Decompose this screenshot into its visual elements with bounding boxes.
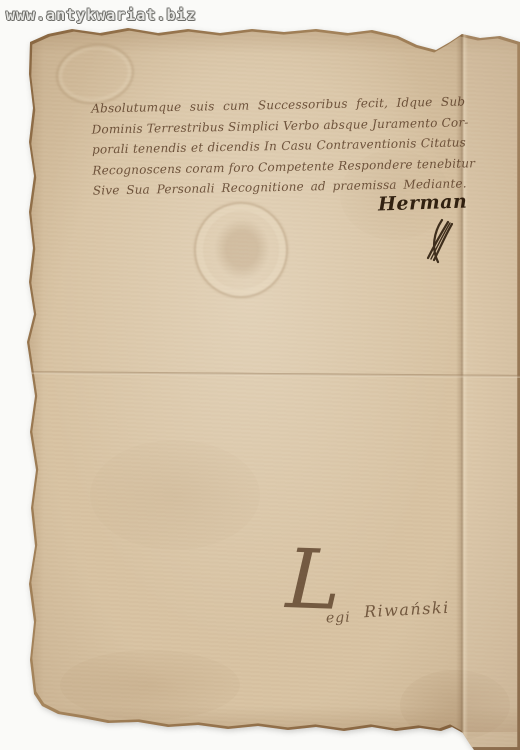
- manuscript-content-layer: Absolutumque suis cum Successoribus feci…: [0, 0, 520, 750]
- aged-bottom-edge: [34, 706, 520, 732]
- embossed-eagle-seal: [194, 202, 288, 298]
- handwritten-text-block: Absolutumque suis cum Successoribus feci…: [91, 91, 467, 201]
- paper-stain: [90, 440, 260, 550]
- paper-wrap: Absolutumque suis cum Successoribus feci…: [0, 0, 520, 750]
- horizontal-fold-crease: [28, 371, 520, 378]
- legi-reader-name: Riwański: [364, 598, 451, 621]
- website-watermark: www.antykwariat.biz: [6, 6, 197, 24]
- scanned-document-photo: www.antykwariat.biz Absolutumque suis cu…: [0, 0, 520, 750]
- folded-leaf-shade: [464, 30, 520, 750]
- signature-paraph-flourish-icon: [422, 218, 456, 264]
- aged-left-edge: [26, 40, 44, 720]
- paper-stain: [60, 650, 240, 720]
- legi-word-rest: egi: [326, 610, 351, 627]
- signature-herman: Herman: [378, 190, 468, 215]
